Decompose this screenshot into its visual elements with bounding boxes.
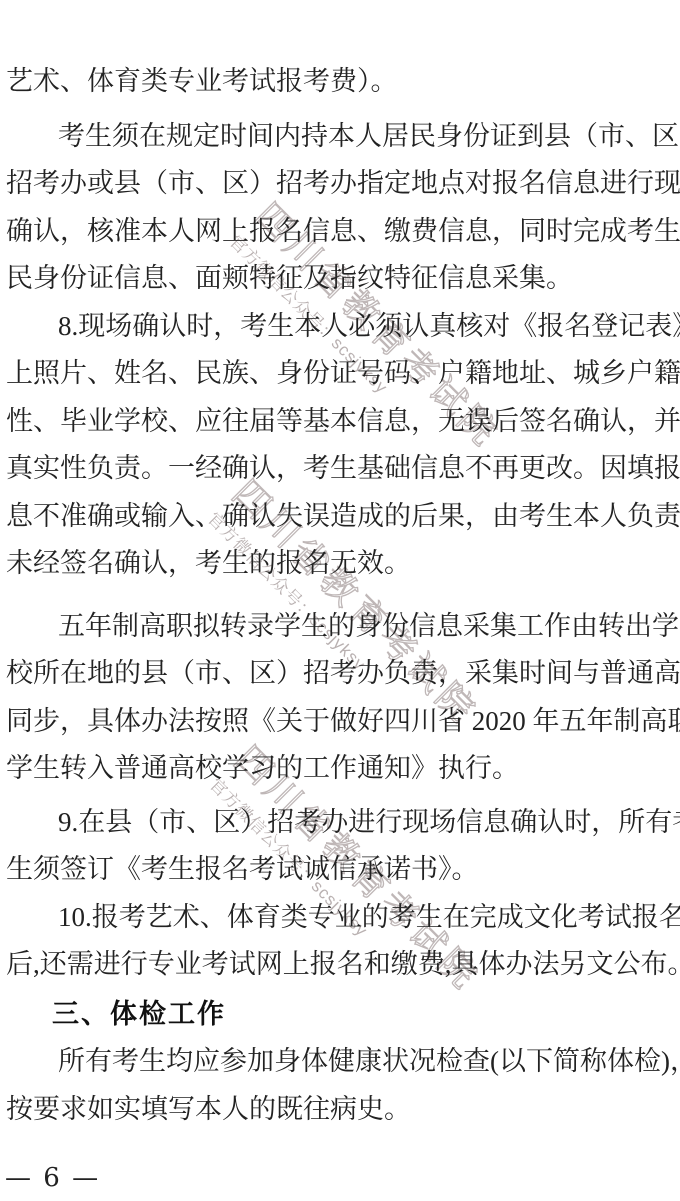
text-line: 10.报考艺术、体育类专业的考生在完成文化考试报名 <box>6 894 674 942</box>
text-line: 真实性负责。一经确认，考生基础信息不再更改。因填报信 <box>6 445 674 493</box>
text-line: 民身份证信息、面颊特征及指纹特征信息采集。 <box>6 255 674 303</box>
text-line: 按要求如实填写本人的既往病史。 <box>6 1086 674 1134</box>
text-line: 招考办或县（市、区）招考办指定地点对报名信息进行现场 <box>6 160 674 208</box>
text-line: 生须签订《考生报名考试诚信承诺书》。 <box>6 846 674 894</box>
text-line: 后,还需进行专业考试网上报名和缴费,具体办法另文公布。 <box>6 941 674 989</box>
text-line: 9.在县（市、区）招考办进行现场信息确认时，所有考 <box>6 799 674 847</box>
text-line: 上照片、姓名、民族、身份证号码、户籍地址、城乡户籍属 <box>6 350 674 398</box>
document-body: 艺术、体育类专业考试报考费）。考生须在规定时间内持本人居民身份证到县（市、区）招… <box>6 58 674 1133</box>
text-line: 学生转入普通高校学习的工作通知》执行。 <box>6 745 674 793</box>
text-line: 五年制高职拟转录学生的身份信息采集工作由转出学 <box>6 603 674 651</box>
page-number: — 6 — <box>5 1163 100 1193</box>
text-line: 8.现场确认时，考生本人必须认真核对《报名登记表》 <box>6 303 674 351</box>
text-line: 艺术、体育类专业考试报考费）。 <box>6 58 674 106</box>
text-line: 性、毕业学校、应往届等基本信息，无误后签名确认，并对 <box>6 398 674 446</box>
text-line: 校所在地的县（市、区）招考办负责，采集时间与普通高考 <box>6 650 674 698</box>
text-line: 确认，核准本人网上报名信息、缴费信息，同时完成考生居 <box>6 208 674 256</box>
section-heading: 三、体检工作 <box>6 991 674 1039</box>
document-page: 四川省教育考试院 官方微信公众号：scsjyksy 四川省教育考试院 官方微信公… <box>0 0 680 1201</box>
text-line: 未经签名确认，考生的报名无效。 <box>6 540 674 588</box>
text-line: 同步，具体办法按照《关于做好四川省 2020 年五年制高职 <box>6 698 674 746</box>
text-line: 考生须在规定时间内持本人居民身份证到县（市、区） <box>6 113 674 161</box>
text-line: 所有考生均应参加身体健康状况检查(以下简称体检)， <box>6 1038 674 1086</box>
text-line: 息不准确或输入、确认失误造成的后果，由考生本人负责； <box>6 493 674 541</box>
